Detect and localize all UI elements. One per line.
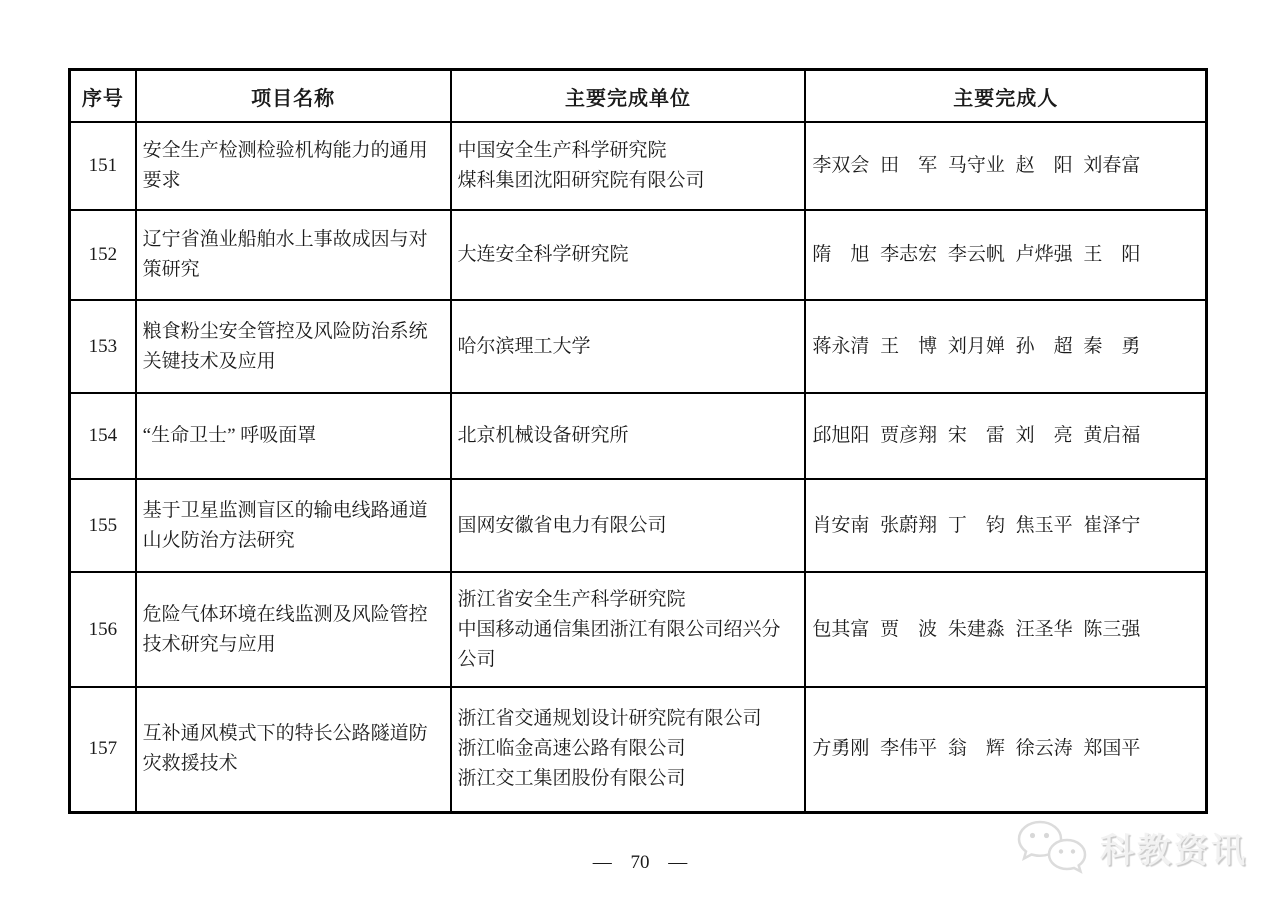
unit-line: 中国安全生产科学研究院 [458,136,799,166]
serial-number-cell: 157 [70,687,136,812]
table-body: 151 安全生产检测检验机构能力的通用要求 中国安全生产科学研究院煤科集团沈阳研… [70,122,1207,812]
table-row: 156 危险气体环境在线监测及风险管控技术研究与应用 浙江省安全生产科学研究院中… [70,572,1207,687]
main-units-cell: 浙江省交通规划设计研究院有限公司浙江临金高速公路有限公司浙江交工集团股份有限公司 [451,687,806,812]
main-units-cell: 哈尔滨理工大学 [451,300,806,393]
wechat-icon [1014,818,1090,876]
serial-number-cell: 155 [70,479,136,572]
table-row: 152 辽宁省渔业船舶水上事故成因与对策研究 大连安全科学研究院 隋 旭 李志宏… [70,210,1207,300]
unit-line: 浙江省安全生产科学研究院 [458,585,799,615]
project-name-cell: 安全生产检测检验机构能力的通用要求 [136,122,451,210]
unit-line: 哈尔滨理工大学 [458,332,799,362]
table-row: 151 安全生产检测检验机构能力的通用要求 中国安全生产科学研究院煤科集团沈阳研… [70,122,1207,210]
main-persons-cell: 蒋永清 王 博 刘月婵 孙 超 秦 勇 [805,300,1206,393]
header-main-persons: 主要完成人 [805,70,1206,123]
main-persons-cell: 方勇刚 李伟平 翁 辉 徐云涛 郑国平 [805,687,1206,812]
unit-line: 浙江省交通规划设计研究院有限公司 [458,704,799,734]
header-serial-number: 序号 [70,70,136,123]
project-name-cell: “生命卫士” 呼吸面罩 [136,393,451,479]
main-units-cell: 中国安全生产科学研究院煤科集团沈阳研究院有限公司 [451,122,806,210]
unit-line: 大连安全科学研究院 [458,240,799,270]
table-row: 154 “生命卫士” 呼吸面罩 北京机械设备研究所 邱旭阳 贾彦翔 宋 雷 刘 … [70,393,1207,479]
unit-line: 煤科集团沈阳研究院有限公司 [458,166,799,196]
main-persons-cell: 隋 旭 李志宏 李云帆 卢烨强 王 阳 [805,210,1206,300]
header-project-name: 项目名称 [136,70,451,123]
main-units-cell: 北京机械设备研究所 [451,393,806,479]
award-projects-table: 序号 项目名称 主要完成单位 主要完成人 151 安全生产检测检验机构能力的通用… [68,68,1208,814]
header-main-units: 主要完成单位 [451,70,806,123]
unit-line: 浙江交工集团股份有限公司 [458,764,799,794]
main-units-cell: 大连安全科学研究院 [451,210,806,300]
unit-line: 中国移动通信集团浙江有限公司绍兴分公司 [458,615,799,675]
table-row: 155 基于卫星监测盲区的输电线路通道山火防治方法研究 国网安徽省电力有限公司 … [70,479,1207,572]
project-name-cell: 辽宁省渔业船舶水上事故成因与对策研究 [136,210,451,300]
main-persons-cell: 李双会 田 军 马守业 赵 阳 刘春富 [805,122,1206,210]
project-name-cell: 粮食粉尘安全管控及风险防治系统关键技术及应用 [136,300,451,393]
serial-number-cell: 156 [70,572,136,687]
serial-number-cell: 152 [70,210,136,300]
serial-number-cell: 153 [70,300,136,393]
project-name-cell: 危险气体环境在线监测及风险管控技术研究与应用 [136,572,451,687]
main-persons-cell: 肖安南 张蔚翔 丁 钧 焦玉平 崔泽宁 [805,479,1206,572]
serial-number-cell: 151 [70,122,136,210]
unit-line: 国网安徽省电力有限公司 [458,511,799,541]
unit-line: 浙江临金高速公路有限公司 [458,734,799,764]
main-units-cell: 浙江省安全生产科学研究院中国移动通信集团浙江有限公司绍兴分公司 [451,572,806,687]
serial-number-cell: 154 [70,393,136,479]
watermark: 科教资讯 [1014,818,1248,876]
main-persons-cell: 邱旭阳 贾彦翔 宋 雷 刘 亮 黄启福 [805,393,1206,479]
table-row: 153 粮食粉尘安全管控及风险防治系统关键技术及应用 哈尔滨理工大学 蒋永清 王… [70,300,1207,393]
main-units-cell: 国网安徽省电力有限公司 [451,479,806,572]
main-persons-cell: 包其富 贾 波 朱建淼 汪圣华 陈三强 [805,572,1206,687]
table-header-row: 序号 项目名称 主要完成单位 主要完成人 [70,70,1207,123]
document-page: 序号 项目名称 主要完成单位 主要完成人 151 安全生产检测检验机构能力的通用… [0,0,1280,905]
unit-line: 北京机械设备研究所 [458,421,799,451]
project-name-cell: 基于卫星监测盲区的输电线路通道山火防治方法研究 [136,479,451,572]
watermark-label: 科教资讯 [1100,823,1248,872]
table-row: 157 互补通风模式下的特长公路隧道防灾救援技术 浙江省交通规划设计研究院有限公… [70,687,1207,812]
project-name-cell: 互补通风模式下的特长公路隧道防灾救援技术 [136,687,451,812]
